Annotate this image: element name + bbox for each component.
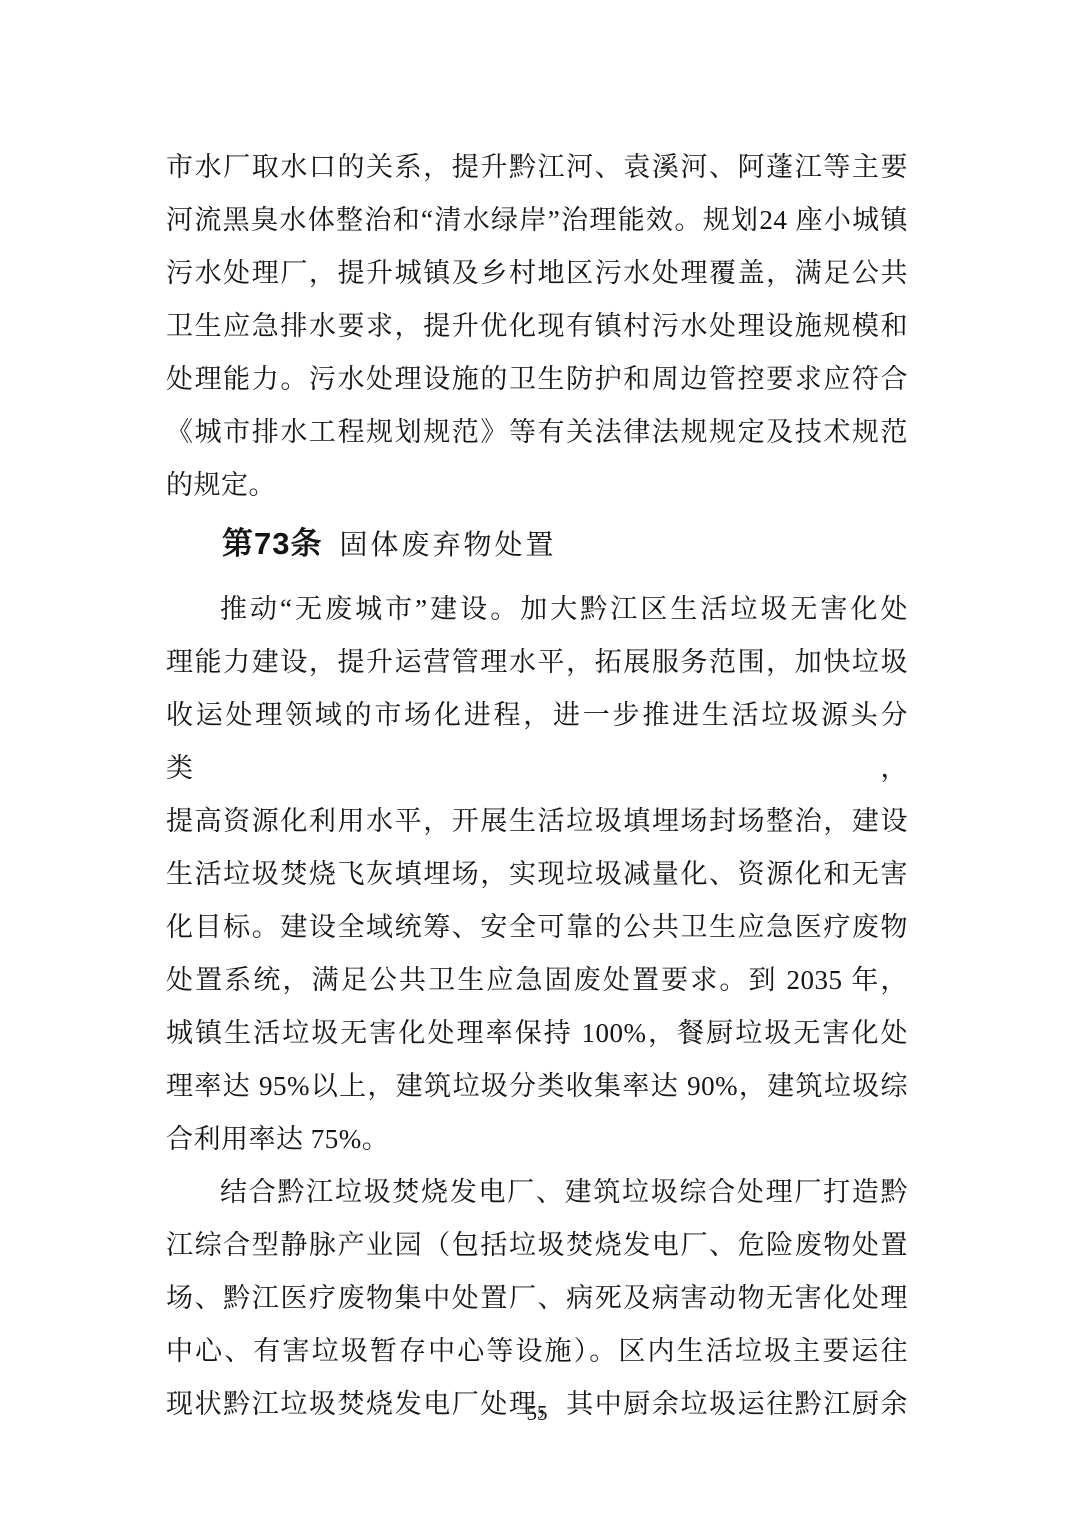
section-heading-title: 固体废弃物处置 [339, 530, 556, 561]
text-line: 结合黔江垃圾焚烧发电厂、建筑垃圾综合处理厂打造黔 [166, 1166, 908, 1219]
text-line: 合利用率达 75%。 [166, 1113, 908, 1166]
text-line: 城镇生活垃圾无害化处理率保持 100%，餐厨垃圾无害化处 [166, 1007, 908, 1060]
section-heading: 第73条固体废弃物处置 [166, 514, 908, 580]
text-line: 推动“无废城市”建设。加大黔江区生活垃圾无害化处 [166, 583, 908, 636]
text-line: 理率达 95%以上，建筑垃圾分类收集率达 90%，建筑垃圾综 [166, 1060, 908, 1113]
text-line: 卫生应急排水要求，提升优化现有镇村污水处理设施规模和 [166, 300, 908, 353]
document-body: 市水厂取水口的关系，提升黔江河、袁溪河、阿蓬江等主要河流黑臭水体整治和“清水绿岸… [166, 141, 908, 1431]
text-line: 《城市排水工程规划规范》等有关法律法规规定及技术规范 [166, 406, 908, 459]
text-line: 河流黑臭水体整治和“清水绿岸”治理能效。规划24 座小城镇 [166, 194, 908, 247]
text-line: 中心、有害垃圾暂存中心等设施）。区内生活垃圾主要运往 [166, 1325, 908, 1378]
section-heading-number: 第73条 [222, 526, 322, 561]
text-line: 市水厂取水口的关系，提升黔江河、袁溪河、阿蓬江等主要 [166, 141, 908, 194]
text-line: 理能力建设，提升运营管理水平，拓展服务范围，加快垃圾 [166, 636, 908, 689]
text-line: 收运处理领域的市场化进程，进一步推进生活垃圾源头分类， [166, 689, 908, 795]
page-number: 55 [0, 1400, 1074, 1426]
text-line: 江综合型静脉产业园（包括垃圾焚烧发电厂、危险废物处置 [166, 1219, 908, 1272]
text-line: 处置系统，满足公共卫生应急固废处置要求。到 2035 年， [166, 954, 908, 1007]
text-line: 处理能力。污水处理设施的卫生防护和周边管控要求应符合 [166, 353, 908, 406]
text-line: 生活垃圾焚烧飞灰填埋场，实现垃圾减量化、资源化和无害 [166, 848, 908, 901]
text-line: 场、黔江医疗废物集中处置厂、病死及病害动物无害化处理 [166, 1272, 908, 1325]
text-line: 污水处理厂，提升城镇及乡村地区污水处理覆盖，满足公共 [166, 247, 908, 300]
text-line: 提高资源化利用水平，开展生活垃圾填埋场封场整治，建设 [166, 795, 908, 848]
text-line: 的规定。 [166, 459, 908, 512]
document-page: 市水厂取水口的关系，提升黔江河、袁溪河、阿蓬江等主要河流黑臭水体整治和“清水绿岸… [0, 0, 1074, 1520]
text-line: 化目标。建设全域统筹、安全可靠的公共卫生应急医疗废物 [166, 901, 908, 954]
